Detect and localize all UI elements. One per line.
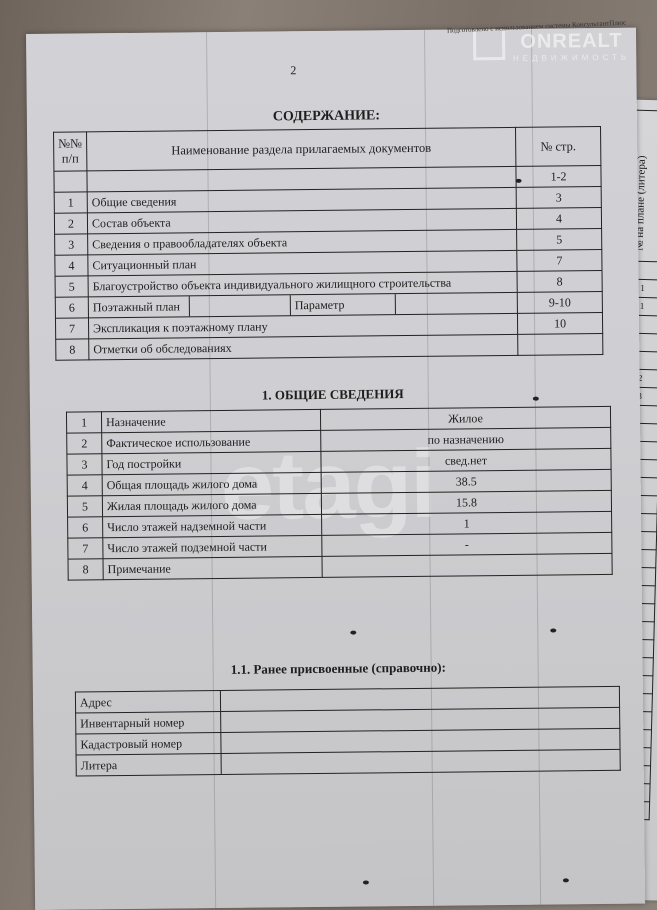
gen-num: 3 xyxy=(67,454,102,475)
gen-label: Жилая площадь жилого дома xyxy=(102,493,321,516)
gen-label: Примечание xyxy=(103,556,322,579)
gen-num: 5 xyxy=(67,496,102,517)
gen-value: Жилое xyxy=(320,406,610,430)
toc-page: 7 xyxy=(517,249,602,271)
toc-page: 5 xyxy=(517,228,602,250)
toc-page: 9-10 xyxy=(517,291,602,313)
house-icon xyxy=(473,31,505,60)
toc-page: 10 xyxy=(517,312,602,334)
toc-num: 5 xyxy=(55,276,88,297)
gen-label: Число этажей подземной части xyxy=(103,535,322,558)
toc-page: 1-2 xyxy=(516,165,601,187)
toc-page: 4 xyxy=(516,207,601,229)
toc-page: 8 xyxy=(517,270,602,292)
toc-num: 8 xyxy=(56,339,89,360)
toc-num: 3 xyxy=(55,234,88,255)
toc-empty xyxy=(190,295,291,316)
prev-label: Кадастровый номер xyxy=(76,732,221,755)
toc-name: Поэтажный план xyxy=(89,296,190,317)
prev-label: Адрес xyxy=(75,691,220,714)
toc-num: 4 xyxy=(55,255,88,276)
toc-page: 3 xyxy=(516,186,601,208)
gen-num: 6 xyxy=(68,517,103,538)
gen-value: 15.8 xyxy=(321,490,611,514)
table-row: 8Отметки об обследованиях xyxy=(56,333,603,360)
toc-name: Отметки об обследованиях xyxy=(89,334,518,359)
toc-num xyxy=(54,171,87,192)
gen-value: 1 xyxy=(322,511,612,535)
gen-value: по назначению xyxy=(321,427,611,451)
toc-num: 1 xyxy=(54,192,87,213)
page-number: 2 xyxy=(290,63,296,78)
prev-value xyxy=(221,749,620,774)
gen-num: 4 xyxy=(67,475,102,496)
onrealt-watermark: ONREALT НЕДВИЖИМОСТЬ xyxy=(513,30,631,63)
col-name-header: Наименование раздела прилагаемых докумен… xyxy=(87,127,516,170)
previous-table: АдресИнвентарный номерКадастровый номерЛ… xyxy=(75,686,621,777)
gen-label: Число этажей надземной части xyxy=(103,514,322,537)
previous-title: 1.1. Ранее присвоенные (справочно): xyxy=(231,660,446,678)
gen-value xyxy=(322,553,612,577)
toc-num: 2 xyxy=(54,213,87,234)
gen-num: 1 xyxy=(66,412,101,433)
gen-num: 7 xyxy=(68,538,103,559)
gen-label: Фактическое использование xyxy=(102,430,321,453)
table-row: 8Примечание xyxy=(68,553,612,580)
col-page-header: № стр. xyxy=(516,126,601,166)
watermark-brand: ONREALT xyxy=(513,30,631,54)
col-num-header: №№ п/п xyxy=(54,132,87,171)
toc-num: 7 xyxy=(55,318,88,339)
gen-num: 8 xyxy=(68,559,103,580)
gen-value: 38.5 xyxy=(321,469,611,493)
gen-label: Год постройки xyxy=(102,451,321,474)
general-table: 1НазначениеЖилое2Фактическое использован… xyxy=(66,406,613,581)
watermark-sub: НЕДВИЖИМОСТЬ xyxy=(513,53,630,63)
gen-label: Общая площадь жилого дома xyxy=(102,472,321,495)
document-page: Подготовлено с использованием системы Ко… xyxy=(26,28,645,910)
toc-num: 6 xyxy=(55,297,88,318)
gen-num: 2 xyxy=(67,433,102,454)
gen-value: - xyxy=(322,532,612,556)
gen-value: свед.нет xyxy=(321,448,611,472)
prev-label: Инвентарный номер xyxy=(76,711,221,734)
toc-param: Параметр xyxy=(291,294,396,315)
gen-label: Назначение xyxy=(101,409,320,432)
prev-label: Литера xyxy=(76,753,221,776)
toc-page xyxy=(518,333,603,355)
contents-table: №№ п/п Наименование раздела прилагаемых … xyxy=(53,126,603,361)
general-title: 1. ОБЩИЕ СВЕДЕНИЯ xyxy=(262,386,404,403)
contents-title: СОДЕРЖАНИЕ: xyxy=(273,108,380,125)
